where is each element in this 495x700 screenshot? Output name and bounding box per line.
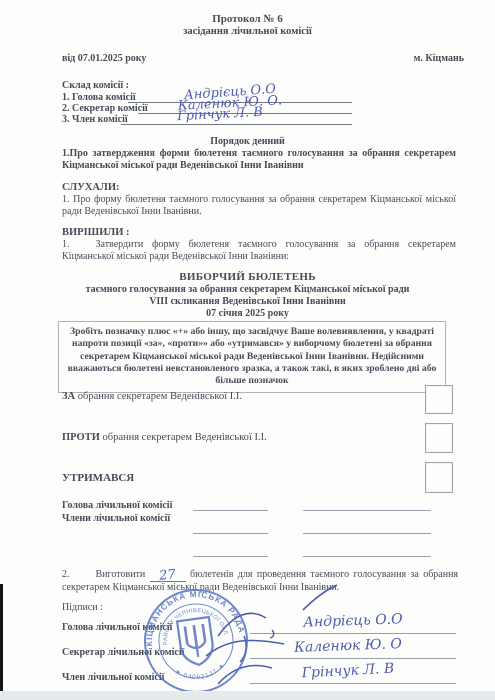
scanned-protocol-document: Протокол № 6 засідання лічильної комісії… (0, 0, 495, 700)
option-proty: ПРОТИ обрання секретарем Веденівської І.… (62, 432, 267, 444)
scan-bottom-band (0, 691, 495, 700)
svg-text:КІЦМАНСЬКА МІСЬКА РАДА: КІЦМАНСЬКА МІСЬКА РАДА (138, 583, 246, 647)
option-za: ЗА обрання секретарем Веденівської І.І. (62, 391, 242, 403)
ballot-sign-line-short-2 (193, 524, 268, 534)
document-place: м. Кіцмань (414, 53, 464, 65)
ballot-instruction-box: Зробіть позначку плюс «+» або іншу, що з… (58, 321, 446, 393)
ballot-line3: VIII скликання Веденівської Інни Іванівн… (0, 296, 495, 308)
ballot-sign-line-long-1 (303, 501, 431, 511)
member-label-3: 3. Член комісії (62, 114, 128, 126)
document-date: від 07.01.2025 року (62, 53, 146, 65)
composition-heading: Склад комісії : (62, 80, 129, 92)
agenda-item: 1.Про затвердження форми бюлетеня таємно… (62, 148, 456, 171)
stamp-ring-text: КІЦМАНСЬКА МІСЬКА РАДА (138, 583, 246, 647)
scan-edge-dark-strip (0, 584, 3, 700)
member-label-1: 1. Голова комісії (62, 92, 136, 104)
option-proty-text: обрання секретарем Веденівської І.І. (102, 432, 266, 443)
ballot-sign-line-long-2 (303, 524, 431, 534)
ballot-line2: таємного голосування за обрання секретар… (0, 284, 495, 296)
decided-heading: ВИРІШИЛИ : (62, 227, 129, 239)
svg-text:РАЙОНУ ЧЕРНІВЕЦЬКОЇ ОБЛ.: РАЙОНУ ЧЕРНІВЕЦЬКОЇ ОБЛ. (158, 604, 229, 646)
decided-item-number: 1. (62, 239, 70, 250)
production-paragraph: 2.Виготовити 27 бюлетенів для проведення… (62, 566, 458, 594)
option-za-text: обрання секретарем Веденівської І.І. (78, 391, 242, 402)
production-before: Виготовити (96, 569, 146, 580)
document-subtitle: засідання лічильної комісії (0, 26, 495, 38)
option-za-keyword: ЗА (62, 391, 75, 402)
ballot-head-label: Голова лічильної комісії (62, 500, 172, 512)
production-count-line: 27 (150, 566, 186, 582)
ballot-title: ВИБОРЧИЙ БЮЛЕТЕНЬ (0, 271, 495, 284)
document-title: Протокол № 6 (0, 13, 495, 26)
production-count: 27 (159, 567, 177, 584)
trident-emblem-icon (177, 617, 215, 667)
ballot-sign-line-short-1 (193, 501, 268, 511)
decided-item-text: Затвердити форму бюлетеня таємного голос… (62, 239, 456, 262)
agenda-heading: Порядок денний (0, 136, 495, 148)
checkbox-za[interactable] (425, 385, 453, 414)
ballot-line4: 07 січня 2025 року (0, 308, 495, 320)
official-round-stamp: КІЦМАНСЬКА МІСЬКА РАДА РАЙОНУ ЧЕРНІВЕЦЬК… (135, 580, 257, 700)
ballot-sign-line-long-3 (303, 547, 431, 557)
option-utrymavsia: УТРИМАВСЯ (62, 472, 134, 485)
checkbox-utrymavsia[interactable] (425, 462, 453, 493)
production-number: 2. (62, 569, 70, 580)
checkbox-proty[interactable] (425, 423, 453, 453)
decided-item: 1.Затвердити форму бюлетеня таємного гол… (62, 239, 456, 262)
option-proty-keyword: ПРОТИ (62, 432, 100, 443)
heard-heading: СЛУХАЛИ: (62, 182, 120, 194)
ballot-members-label: Члени лічильної комісії (62, 513, 170, 525)
ballot-sign-line-short-3 (193, 547, 268, 557)
stamp-inner-text: РАЙОНУ ЧЕРНІВЕЦЬКОЇ ОБЛ. (158, 604, 229, 646)
option-utrymavsia-keyword: УТРИМАВСЯ (62, 472, 134, 484)
heard-item: 1. Про форму бюлетеня таємного голосуван… (62, 194, 456, 217)
signatures-heading: Підписи : (62, 602, 103, 614)
